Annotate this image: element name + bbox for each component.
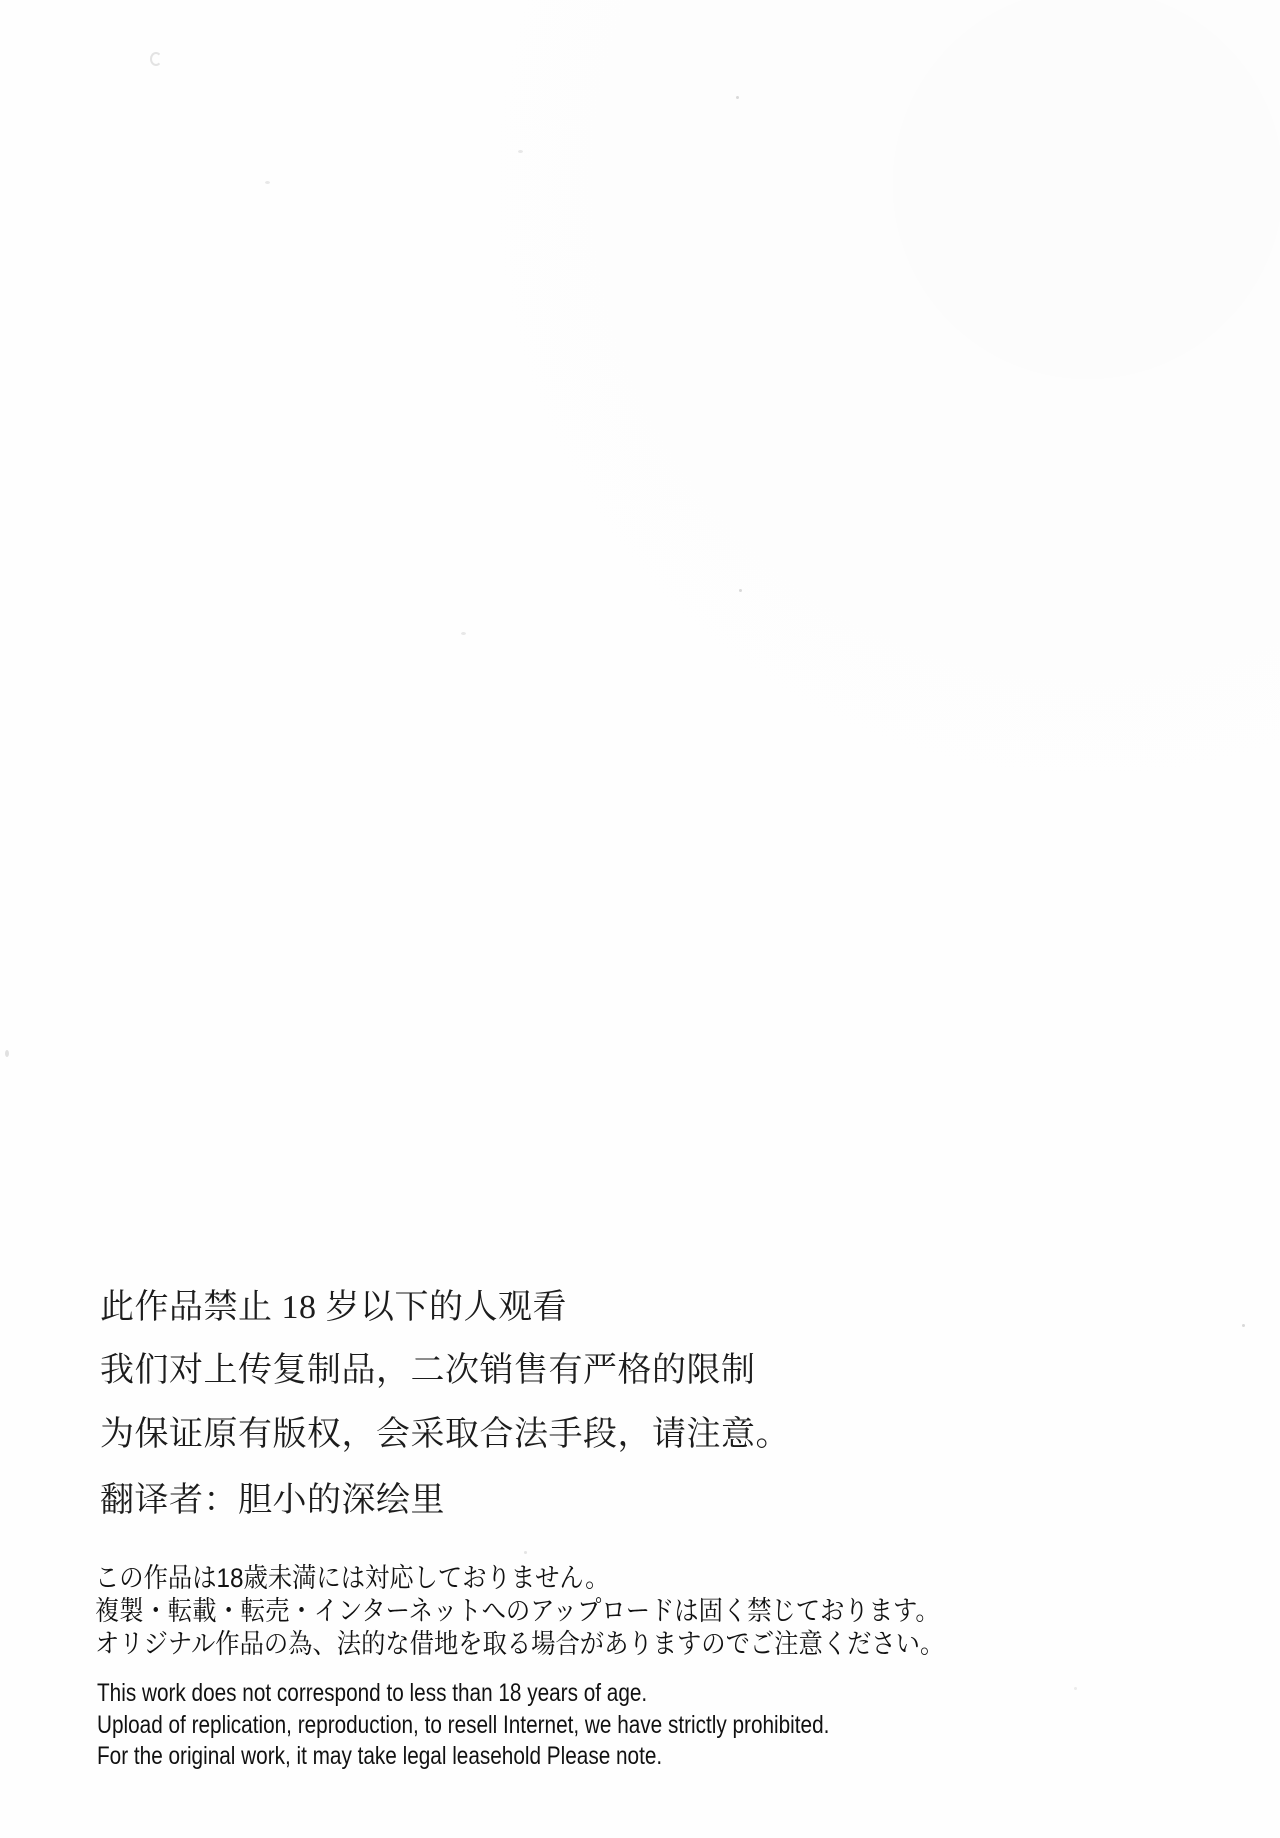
japanese-disclaimer-line-1: この作品は18歳未満には対応しておりません。 — [95, 1562, 609, 1595]
english-disclaimer-line-1: This work does not correspond to less th… — [97, 1678, 647, 1709]
scan-speck — [265, 181, 270, 184]
chinese-disclaimer-line-1: 此作品禁止 18 岁以下的人观看 — [100, 1288, 567, 1328]
japanese-disclaimer-line-2: 複製・転載・転売・インターネットへのアップロードは固く禁じております。 — [95, 1595, 940, 1628]
scanned-disclaimer-page: 此作品禁止 18 岁以下的人观看 我们对上传复制品，二次销售有严格的限制 为保证… — [0, 0, 1280, 1838]
translator-credit-line: 翻译者：胆小的深绘里 — [100, 1481, 445, 1521]
scan-speck — [1074, 1687, 1077, 1690]
scan-speck — [739, 589, 742, 592]
scan-speck — [518, 150, 523, 153]
japanese-disclaimer-line-3: オリジナル作品の為、法的な借地を取る場合がありますのでご注意ください。 — [95, 1628, 944, 1661]
scan-speck — [736, 96, 739, 99]
scan-speck — [524, 1551, 527, 1554]
scan-speck — [1242, 1324, 1245, 1327]
chinese-disclaimer-line-3: 为保证原有版权，会采取合法手段，请注意。 — [100, 1415, 790, 1455]
english-disclaimer-line-2: Upload of replication, reproduction, to … — [97, 1710, 829, 1741]
scan-speck — [150, 52, 162, 66]
chinese-disclaimer-line-2: 我们对上传复制品，二次销售有严格的限制 — [100, 1351, 756, 1391]
scan-speck — [5, 1050, 9, 1057]
scan-speck — [461, 632, 466, 635]
english-disclaimer-line-3: For the original work, it may take legal… — [97, 1741, 662, 1772]
